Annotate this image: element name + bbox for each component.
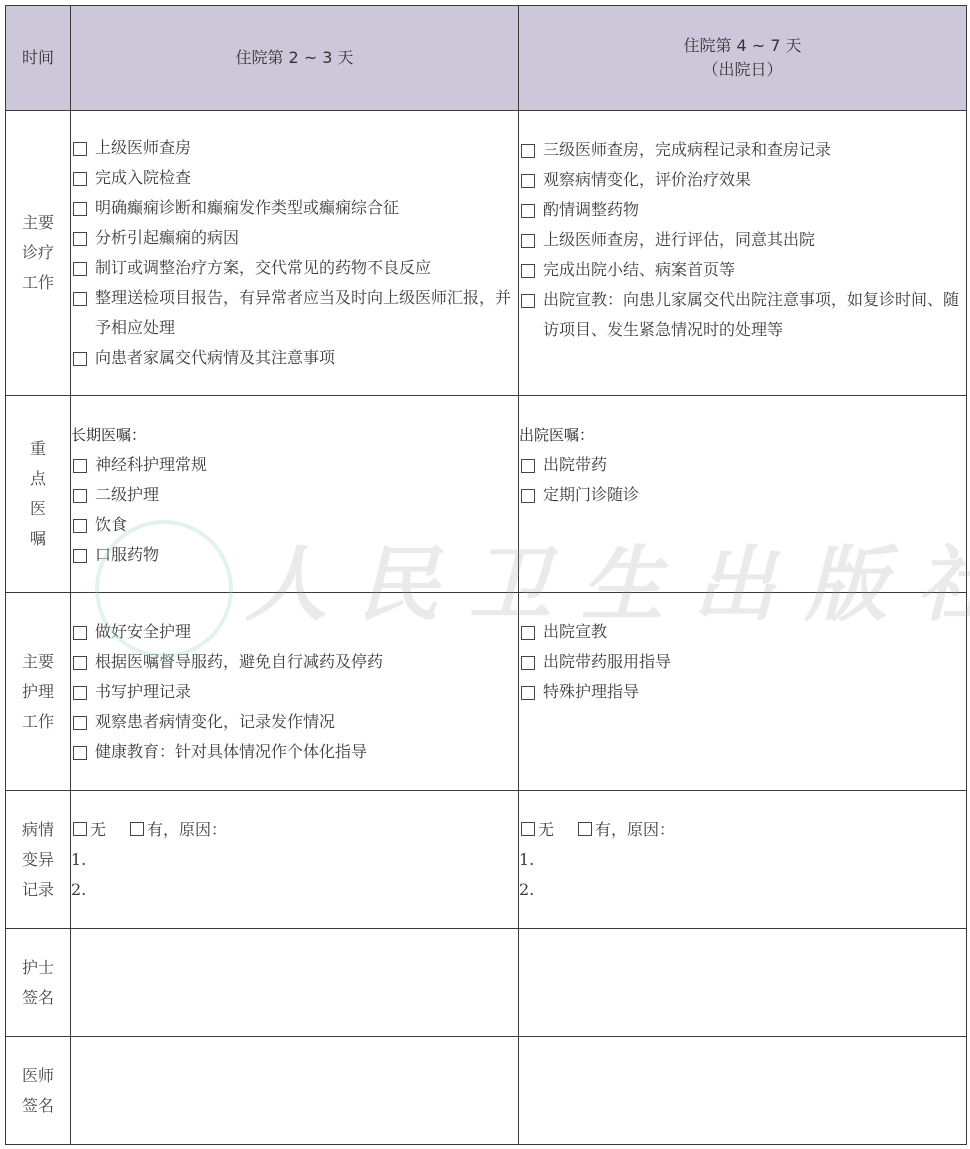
checklist-item[interactable]: 健康教育：针对具体情况作个体化指导 bbox=[71, 737, 518, 767]
row-diagnosis: 主要 诊疗 工作 上级医师查房 完成入院检查 明确癫痫诊断和癫痫发作类型或癫痫综… bbox=[6, 111, 967, 396]
checklist-text: 神经科护理常规 bbox=[95, 450, 518, 480]
checklist-text: 出院带药服用指导 bbox=[543, 647, 966, 677]
checkbox[interactable] bbox=[73, 262, 87, 276]
checklist-text: 完成入院检查 bbox=[95, 163, 518, 193]
label-line: 工作 bbox=[6, 268, 70, 298]
checklist-text: 口服药物 bbox=[95, 540, 518, 570]
checklist-item[interactable]: 出院宣教：向患儿家属交代出院注意事项，如复诊时间、随访项目、发生紧急情况时的处理… bbox=[519, 285, 966, 345]
checkbox[interactable] bbox=[73, 656, 87, 670]
nurse-signature-day-4-7[interactable] bbox=[519, 929, 967, 1037]
variance-line-2[interactable]: 2. bbox=[71, 875, 518, 905]
checklist-text: 根据医嘱督导服药，避免自行减药及停药 bbox=[95, 647, 518, 677]
checklist-item[interactable]: 饮食 bbox=[71, 510, 518, 540]
label-line: 主要 bbox=[6, 208, 70, 238]
yes-reason-label: 有，原因： bbox=[595, 820, 675, 839]
label-line: 护士 bbox=[6, 953, 70, 983]
doctor-signature-day-2-3[interactable] bbox=[71, 1037, 519, 1145]
checklist-text: 出院宣教 bbox=[543, 617, 966, 647]
checkbox[interactable] bbox=[73, 549, 87, 563]
checklist-text: 书写护理记录 bbox=[95, 677, 518, 707]
checkbox[interactable] bbox=[521, 204, 535, 218]
checkbox-none[interactable] bbox=[521, 822, 535, 836]
checklist-text: 出院带药 bbox=[543, 450, 966, 480]
header-day-2-3: 住院第 2 ~ 3 天 bbox=[71, 6, 519, 111]
checklist-text: 制订或调整治疗方案，交代常见的药物不良反应 bbox=[95, 253, 518, 283]
label-line: 主要 bbox=[6, 647, 70, 677]
checklist-item[interactable]: 观察患者病情变化，记录发作情况 bbox=[71, 707, 518, 737]
checkbox[interactable] bbox=[73, 746, 87, 760]
checklist-item[interactable]: 分析引起癫痫的病因 bbox=[71, 223, 518, 253]
row-label-doctor-signature: 医师 签名 bbox=[6, 1037, 71, 1145]
checkbox-yes[interactable] bbox=[578, 822, 592, 836]
checklist-item[interactable]: 书写护理记录 bbox=[71, 677, 518, 707]
checkbox[interactable] bbox=[521, 656, 535, 670]
none-label: 无 bbox=[90, 820, 106, 839]
checkbox[interactable] bbox=[73, 142, 87, 156]
checkbox-none[interactable] bbox=[73, 822, 87, 836]
row-variance: 病情 变异 记录 无有，原因： 1. 2. 无有，原因： 1. 2. bbox=[6, 791, 967, 929]
row-label-diagnosis: 主要 诊疗 工作 bbox=[6, 111, 71, 396]
nursing-day-2-3: 做好安全护理 根据医嘱督导服药，避免自行减药及停药 书写护理记录 观察患者病情变… bbox=[71, 593, 519, 791]
checklist-item[interactable]: 完成入院检查 bbox=[71, 163, 518, 193]
checkbox[interactable] bbox=[521, 294, 535, 308]
checklist-text: 饮食 bbox=[95, 510, 518, 540]
variance-line-1[interactable]: 1. bbox=[519, 845, 966, 875]
checklist-item[interactable]: 明确癫痫诊断和癫痫发作类型或癫痫综合征 bbox=[71, 193, 518, 223]
row-doctor-signature: 医师 签名 bbox=[6, 1037, 967, 1145]
checklist-text: 完成出院小结、病案首页等 bbox=[543, 255, 966, 285]
header-time: 时间 bbox=[6, 6, 71, 111]
label-line: 重 bbox=[6, 434, 70, 464]
checkbox[interactable] bbox=[521, 234, 535, 248]
checklist-item[interactable]: 二级护理 bbox=[71, 480, 518, 510]
checklist-item[interactable]: 根据医嘱督导服药，避免自行减药及停药 bbox=[71, 647, 518, 677]
checklist-text: 三级医师查房，完成病程记录和查房记录 bbox=[543, 135, 966, 165]
checkbox[interactable] bbox=[521, 264, 535, 278]
label-line: 嘱 bbox=[6, 524, 70, 554]
checkbox[interactable] bbox=[521, 459, 535, 473]
checkbox[interactable] bbox=[73, 626, 87, 640]
checkbox[interactable] bbox=[73, 202, 87, 216]
checklist-item[interactable]: 出院带药 bbox=[519, 450, 966, 480]
variance-day-4-7: 无有，原因： 1. 2. bbox=[519, 791, 967, 929]
orders-day-4-7: 出院医嘱： 出院带药 定期门诊随诊 bbox=[519, 396, 967, 593]
variance-line-2[interactable]: 2. bbox=[519, 875, 966, 905]
checkbox[interactable] bbox=[73, 489, 87, 503]
row-label-variance: 病情 变异 记录 bbox=[6, 791, 71, 929]
row-label-orders: 重 点 医 嘱 bbox=[6, 396, 71, 593]
variance-line-1[interactable]: 1. bbox=[71, 845, 518, 875]
row-nursing: 主要 护理 工作 做好安全护理 根据医嘱督导服药，避免自行减药及停药 书写护理记… bbox=[6, 593, 967, 791]
checklist-item[interactable]: 三级医师查房，完成病程记录和查房记录 bbox=[519, 135, 966, 165]
checklist-text: 酌情调整药物 bbox=[543, 195, 966, 225]
checkbox-yes[interactable] bbox=[130, 822, 144, 836]
header-time-label: 时间 bbox=[22, 48, 54, 67]
checklist-text: 观察病情变化，评价治疗效果 bbox=[543, 165, 966, 195]
checklist-item[interactable]: 完成出院小结、病案首页等 bbox=[519, 255, 966, 285]
label-line: 病情 bbox=[6, 815, 70, 845]
header-row: 时间 住院第 2 ~ 3 天 住院第 4 ~ 7 天 （出院日） bbox=[6, 6, 967, 111]
checklist-item[interactable]: 上级医师查房 bbox=[71, 133, 518, 163]
variance-day-2-3: 无有，原因： 1. 2. bbox=[71, 791, 519, 929]
checklist-item[interactable]: 定期门诊随诊 bbox=[519, 480, 966, 510]
variance-options: 无有，原因： bbox=[71, 815, 518, 845]
row-orders: 重 点 医 嘱 长期医嘱： 神经科护理常规 二级护理 饮食 口服药物 出院医嘱：… bbox=[6, 396, 967, 593]
checkbox[interactable] bbox=[73, 686, 87, 700]
header-day-4-7-label: 住院第 4 ~ 7 天 bbox=[519, 34, 966, 58]
checklist-item[interactable]: 特殊护理指导 bbox=[519, 677, 966, 707]
checklist-item[interactable]: 向患者家属交代病情及其注意事项 bbox=[71, 343, 518, 373]
checkbox[interactable] bbox=[521, 489, 535, 503]
doctor-signature-day-4-7[interactable] bbox=[519, 1037, 967, 1145]
label-line: 记录 bbox=[6, 875, 70, 905]
checkbox[interactable] bbox=[73, 459, 87, 473]
long-term-orders-heading: 长期医嘱： bbox=[71, 420, 518, 450]
checklist-text: 整理送检项目报告，有异常者应当及时向上级医师汇报，并予相应处理 bbox=[95, 283, 518, 343]
row-label-nurse-signature: 护士 签名 bbox=[6, 929, 71, 1037]
checkbox[interactable] bbox=[73, 232, 87, 246]
checklist-text: 做好安全护理 bbox=[95, 617, 518, 647]
discharge-orders-heading: 出院医嘱： bbox=[519, 420, 966, 450]
checklist-item[interactable]: 观察病情变化，评价治疗效果 bbox=[519, 165, 966, 195]
clinical-pathway-table: 时间 住院第 2 ~ 3 天 住院第 4 ~ 7 天 （出院日） 主要 诊疗 工… bbox=[5, 5, 967, 1145]
checklist-item[interactable]: 上级医师查房，进行评估，同意其出院 bbox=[519, 225, 966, 255]
checklist-item[interactable]: 酌情调整药物 bbox=[519, 195, 966, 225]
checklist-text: 出院宣教：向患儿家属交代出院注意事项，如复诊时间、随访项目、发生紧急情况时的处理… bbox=[543, 285, 966, 345]
nursing-day-4-7: 出院宣教 出院带药服用指导 特殊护理指导 bbox=[519, 593, 967, 791]
label-line: 医 bbox=[6, 494, 70, 524]
checklist-text: 上级医师查房 bbox=[95, 133, 518, 163]
checklist-text: 分析引起癫痫的病因 bbox=[95, 223, 518, 253]
label-line: 工作 bbox=[6, 707, 70, 737]
checklist-text: 二级护理 bbox=[95, 480, 518, 510]
label-line: 医师 bbox=[6, 1061, 70, 1091]
none-label: 无 bbox=[538, 820, 554, 839]
diagnosis-day-2-3: 上级医师查房 完成入院检查 明确癫痫诊断和癫痫发作类型或癫痫综合征 分析引起癫痫… bbox=[71, 111, 519, 396]
checklist-text: 向患者家属交代病情及其注意事项 bbox=[95, 343, 518, 373]
variance-options: 无有，原因： bbox=[519, 815, 966, 845]
checklist-item[interactable]: 出院宣教 bbox=[519, 617, 966, 647]
row-nurse-signature: 护士 签名 bbox=[6, 929, 967, 1037]
checklist-item[interactable]: 口服药物 bbox=[71, 540, 518, 570]
checklist-item[interactable]: 神经科护理常规 bbox=[71, 450, 518, 480]
header-day-4-7: 住院第 4 ~ 7 天 （出院日） bbox=[519, 6, 967, 111]
nurse-signature-day-2-3[interactable] bbox=[71, 929, 519, 1037]
label-line: 点 bbox=[6, 464, 70, 494]
label-line: 护理 bbox=[6, 677, 70, 707]
checklist-item[interactable]: 做好安全护理 bbox=[71, 617, 518, 647]
label-line: 签名 bbox=[6, 1091, 70, 1121]
checklist-item[interactable]: 整理送检项目报告，有异常者应当及时向上级医师汇报，并予相应处理 bbox=[71, 283, 518, 343]
checklist-item[interactable]: 出院带药服用指导 bbox=[519, 647, 966, 677]
label-line: 变异 bbox=[6, 845, 70, 875]
diagnosis-day-4-7: 三级医师查房，完成病程记录和查房记录 观察病情变化，评价治疗效果 酌情调整药物 … bbox=[519, 111, 967, 396]
checklist-item[interactable]: 制订或调整治疗方案，交代常见的药物不良反应 bbox=[71, 253, 518, 283]
yes-reason-label: 有，原因： bbox=[147, 820, 227, 839]
checklist-text: 特殊护理指导 bbox=[543, 677, 966, 707]
checklist-text: 明确癫痫诊断和癫痫发作类型或癫痫综合征 bbox=[95, 193, 518, 223]
checkbox[interactable] bbox=[73, 716, 87, 730]
checkbox[interactable] bbox=[73, 172, 87, 186]
label-line: 签名 bbox=[6, 983, 70, 1013]
checklist-text: 上级医师查房，进行评估，同意其出院 bbox=[543, 225, 966, 255]
checkbox[interactable] bbox=[73, 352, 87, 366]
header-day-2-3-label: 住院第 2 ~ 3 天 bbox=[235, 48, 353, 67]
checklist-text: 健康教育：针对具体情况作个体化指导 bbox=[95, 737, 518, 767]
checkbox[interactable] bbox=[521, 626, 535, 640]
checklist-text: 观察患者病情变化，记录发作情况 bbox=[95, 707, 518, 737]
label-line: 诊疗 bbox=[6, 238, 70, 268]
header-discharge-day-label: （出院日） bbox=[519, 58, 966, 82]
checkbox[interactable] bbox=[521, 144, 535, 158]
checkbox[interactable] bbox=[73, 292, 87, 306]
row-label-nursing: 主要 护理 工作 bbox=[6, 593, 71, 791]
checkbox[interactable] bbox=[521, 174, 535, 188]
checkbox[interactable] bbox=[521, 686, 535, 700]
checklist-text: 定期门诊随诊 bbox=[543, 480, 966, 510]
checkbox[interactable] bbox=[73, 519, 87, 533]
orders-day-2-3: 长期医嘱： 神经科护理常规 二级护理 饮食 口服药物 bbox=[71, 396, 519, 593]
